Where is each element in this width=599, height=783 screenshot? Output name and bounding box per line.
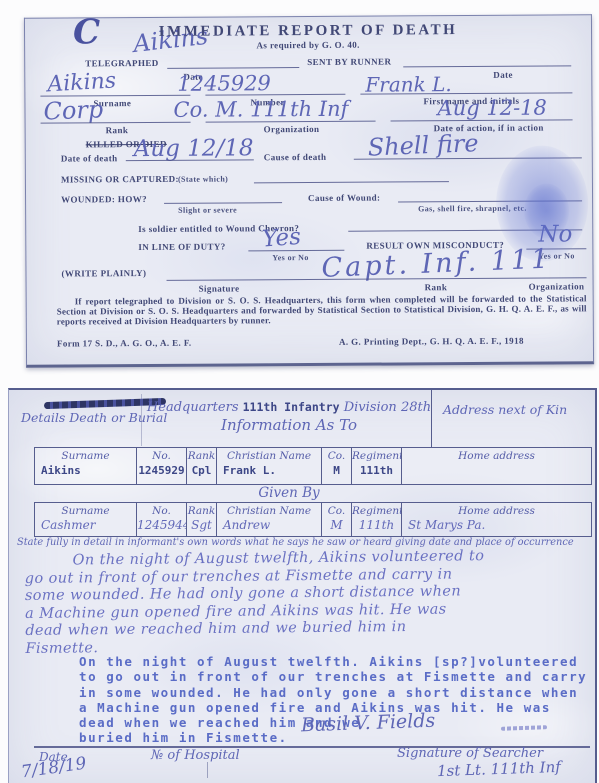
table-cell: No.1245944 xyxy=(137,503,187,536)
searcher-signature-handwriting: 1st Lt. 111th Inf xyxy=(437,758,561,780)
date-of-death-label: Date of death xyxy=(61,153,118,163)
handwritten-statement: On the night of August twelfth, Aikins v… xyxy=(24,547,591,658)
information-as-to-label: Information As To xyxy=(144,416,434,434)
col-header: Rank xyxy=(187,448,216,462)
headquarters-unit-typed: 111th Infantry xyxy=(243,400,340,414)
rank-blank xyxy=(41,122,191,124)
table-cell: RankCpl xyxy=(187,448,217,484)
hospital-number-label: № of Hospital xyxy=(151,748,240,763)
rank-label: Rank xyxy=(106,125,129,135)
division-script: Division 28th xyxy=(340,400,432,415)
missing-hint: (State which) xyxy=(178,174,228,183)
table-cell: Regiment111th xyxy=(352,448,402,484)
immediate-report-of-death-form: C Aikins IMMEDIATE REPORT OF DEATH As re… xyxy=(24,14,594,367)
wounded-label: WOUNDED: HOW? xyxy=(61,194,147,205)
missing-blank xyxy=(254,181,449,183)
cause-of-death-handwriting: Shell fire xyxy=(367,129,479,162)
runner-blank xyxy=(403,65,571,67)
witness-signature-handwriting: Basil V. Fields xyxy=(301,710,436,737)
missing-label: MISSING OR CAPTURED: xyxy=(61,174,179,185)
table-cell: Regiment111th xyxy=(352,503,402,536)
table-cell: SurnameAikins xyxy=(35,448,137,484)
informant-company: M xyxy=(322,517,351,532)
table-cell: Christian NameFrank L. xyxy=(217,448,322,484)
informant-rank: Sgt xyxy=(187,517,216,532)
headquarters-script: Headquarters xyxy=(147,400,243,415)
sent-by-runner-label: SENT BY RUNNER xyxy=(307,56,391,67)
col-header: Regiment xyxy=(352,503,401,517)
col-header: Surname xyxy=(35,448,136,462)
duty-hint: Yes or No xyxy=(272,253,308,262)
informant-surname: Cashmer xyxy=(35,517,136,532)
date-of-death-handwriting: Aug 12/18 xyxy=(134,135,254,162)
col-header: Rank xyxy=(187,503,216,517)
col-header: No. xyxy=(137,448,186,462)
table-cell: Co.M xyxy=(322,503,352,536)
duty-handwriting: Yes xyxy=(261,224,301,253)
table-cell: Home address xyxy=(402,448,591,484)
col-header: Home address xyxy=(402,503,591,517)
header-divider-right xyxy=(431,390,432,447)
col-header: Christian Name xyxy=(217,503,321,517)
action-date-blank xyxy=(391,119,573,121)
surname-handwriting: Aikins xyxy=(47,68,117,97)
organization-handwriting: Co. M. 111th Inf xyxy=(173,97,348,122)
firstname-blank xyxy=(360,92,572,94)
informant-table: SurnameCashmer No.1245944 RankSgt Christ… xyxy=(34,502,592,537)
table-cell: No.1245929 xyxy=(137,448,187,484)
signature-rank-label: Rank xyxy=(425,282,448,292)
soldier-number: 1245929 xyxy=(137,462,186,477)
ink-blot-center xyxy=(524,183,569,238)
col-header: Co. xyxy=(322,448,351,462)
wounded-blank xyxy=(164,202,282,204)
telegraphed-label: TELEGRAPHED xyxy=(85,58,158,68)
organization-label: Organization xyxy=(264,124,320,134)
telegraphed-blank xyxy=(167,67,299,69)
table-cell: Home addressSt Marys Pa. xyxy=(402,503,591,536)
soldier-home-address xyxy=(402,462,591,464)
informant-regiment: 111th xyxy=(352,517,401,532)
typed-line: On the night of August twelfth. Aikins [… xyxy=(79,654,587,669)
informant-number: 1245944 xyxy=(137,517,186,532)
form-id: Form 17 S. D., A. G. O., A. E. F. xyxy=(57,338,192,349)
soldier-company: M xyxy=(322,462,351,477)
date-label-right: Date xyxy=(493,70,513,80)
fine-print: If report telegraphed to Division or S. … xyxy=(57,293,587,326)
duty-label: IN LINE OF DUTY? xyxy=(138,242,225,253)
signature-label: Signature xyxy=(199,283,240,293)
table-cell: RankSgt xyxy=(187,503,217,536)
stray-mark xyxy=(207,762,208,778)
form-subtitle: As required by G. O. 40. xyxy=(25,38,591,51)
soldier-table: SurnameAikins No.1245929 RankCpl Christi… xyxy=(34,447,592,485)
soldier-regiment: 111th xyxy=(352,462,401,477)
col-header: Surname xyxy=(35,503,136,517)
soldier-christian-name: Frank L. xyxy=(217,462,321,477)
col-header: No. xyxy=(137,503,186,517)
typed-line: in some wounded. He had only gone a shor… xyxy=(79,685,587,700)
scanned-report-page: { "report_form": { "corner_mark": "C", "… xyxy=(0,0,599,783)
action-date-handwriting: Aug 12-18 xyxy=(437,96,547,121)
rank-handwriting: Corp xyxy=(43,95,104,125)
col-header: Home address xyxy=(402,448,591,462)
duty-blank xyxy=(248,250,344,252)
instruction-line: State fully in detail in informant's own… xyxy=(17,537,591,548)
table-cell: SurnameCashmer xyxy=(35,503,137,536)
casualty-information-form: Details Death or Burial Headquarters 111… xyxy=(8,388,597,783)
col-header: Christian Name xyxy=(217,448,321,462)
given-by-label: Given By xyxy=(144,485,434,501)
col-header: Co. xyxy=(322,503,351,517)
header-divider-left xyxy=(141,394,142,446)
headquarters-line: Headquarters 111th Infantry Division 28t… xyxy=(144,398,434,416)
typed-line: to go out in front of our trenches at Fi… xyxy=(79,669,587,684)
table-cell: Christian NameAndrew xyxy=(217,503,322,536)
cause-of-death-label: Cause of death xyxy=(264,152,327,162)
wounded-hint: Slight or severe xyxy=(178,205,237,214)
number-blank xyxy=(205,94,345,96)
number-handwriting: 1245929 xyxy=(177,71,271,96)
write-plainly-label: (WRITE PLAINLY) xyxy=(61,268,146,279)
next-of-kin-label: Address next of Kin xyxy=(443,402,567,417)
soldier-surname: Aikins xyxy=(35,462,136,477)
wound-cause-label: Cause of Wound: xyxy=(308,193,380,203)
informant-home-address: St Marys Pa. xyxy=(402,517,591,532)
informant-christian-name: Andrew xyxy=(217,517,321,532)
footer-date-handwriting: 7/18/19 xyxy=(20,754,88,783)
table-cell: Co.M xyxy=(322,448,352,484)
signature-organization-label: Organization xyxy=(529,281,585,291)
soldier-rank: Cpl xyxy=(187,462,216,477)
col-header: Regiment xyxy=(352,448,401,462)
printer-id: A. G. Printing Dept., G. H. Q. A. E. F.,… xyxy=(339,336,524,347)
organization-blank xyxy=(206,121,376,123)
